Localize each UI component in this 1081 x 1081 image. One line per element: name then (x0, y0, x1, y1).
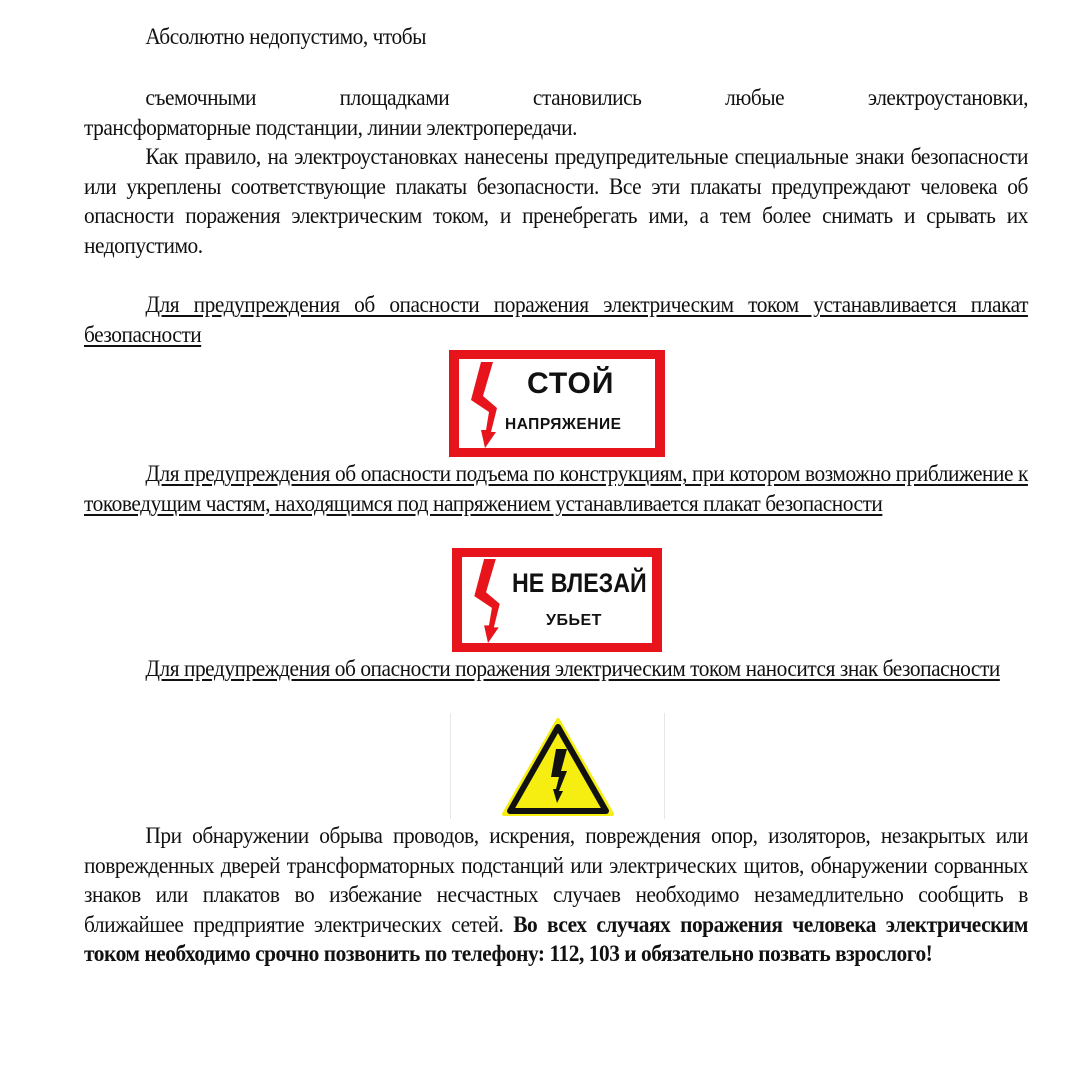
paragraph-safety-signs: Как правило, на электроустановках нанесе… (84, 142, 1028, 260)
sign-subtitle: НАПРЯЖЕНИЕ (505, 416, 621, 434)
lightning-bolt-icon (470, 559, 506, 643)
high-voltage-warning-sign (450, 713, 665, 819)
sign-subtitle: УБЬЕТ (546, 612, 602, 630)
paragraph-warning-sign: Для предупреждения об опасности поражени… (84, 654, 1028, 684)
paragraph-filming-sites: съемочными площадками становились любые … (84, 83, 1028, 142)
lightning-bolt-icon (467, 362, 503, 448)
sign-title: НЕ ВЛЕЗАЙ (512, 568, 647, 599)
do-not-climb-poster: НЕ ВЛЕЗАЙ УБЬЕТ (452, 548, 662, 652)
sign-title: СТОЙ (527, 367, 614, 401)
paragraph-climb-poster: Для предупреждения об опасности подъема … (84, 459, 1028, 518)
paragraph-voltage-poster: Для предупреждения об опасности поражени… (84, 290, 1028, 349)
paragraph-emergency-instructions: При обнаружении обрыва проводов, искрени… (84, 821, 1028, 969)
stop-voltage-poster: СТОЙ НАПРЯЖЕНИЕ (449, 350, 665, 457)
high-voltage-warning-triangle-icon (501, 717, 615, 817)
intro-paragraph: Абсолютно недопустимо, чтобы (84, 22, 1028, 52)
